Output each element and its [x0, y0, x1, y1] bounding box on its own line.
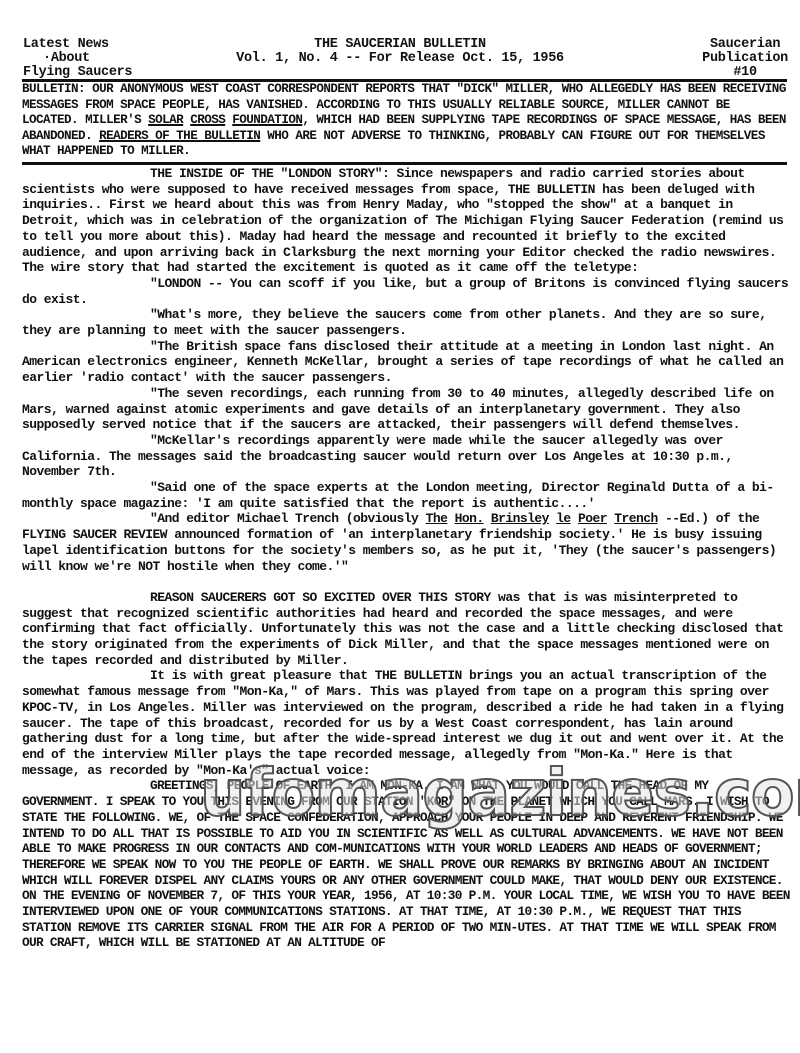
tagline-line-2: ·About — [23, 52, 132, 66]
underlined-solar: SOLAR — [148, 113, 183, 127]
tagline-line-3: Flying Saucers — [23, 66, 132, 80]
header-left-tagline: Latest News ·About Flying Saucers — [23, 38, 132, 80]
underlined-word: le — [556, 511, 571, 526]
publisher-line-1: Saucerian — [702, 38, 788, 52]
publication-number: #10 — [702, 66, 788, 80]
underlined-word: Hon. — [455, 511, 484, 526]
underlined-word: Poer — [578, 511, 607, 526]
bulletin-box: BULLETIN: OUR ANONYMOUS WEST COAST CORRE… — [22, 82, 792, 160]
mon-ka-message: GREETINGS, PEOPLE OF EARTH. I AM MON-KA.… — [22, 778, 790, 950]
newsletter-page: Latest News ·About Flying Saucers THE SA… — [0, 0, 800, 1053]
header-right-publication: Saucerian Publication #10 — [702, 38, 788, 80]
publisher-line-2: Publication — [702, 52, 788, 66]
article-body: THE INSIDE OF THE "LONDON STORY": Since … — [22, 166, 792, 951]
underlined-cross: CROSS — [190, 113, 225, 127]
quote-paragraph: "And editor Michael Trench (obviously — [150, 511, 426, 526]
publication-title: THE SAUCERIAN BULLETIN — [200, 38, 600, 52]
bottom-divider — [22, 162, 787, 165]
underlined-word: The — [426, 511, 448, 526]
underlined-word: Brinsley — [491, 511, 549, 526]
paragraph-london-story: THE INSIDE OF THE "LONDON STORY": Since … — [22, 166, 783, 275]
tagline-line-1: Latest News — [23, 38, 132, 52]
paragraph-transcription-intro: It is with great pleasure that THE BULLE… — [22, 668, 783, 777]
bulletin-label: BULLETIN: — [22, 82, 85, 96]
issue-info: Vol. 1, No. 4 -- For Release Oct. 15, 19… — [200, 52, 600, 66]
underlined-foundation: FOUNDATION — [232, 113, 302, 127]
underlined-word: Trench — [614, 511, 658, 526]
masthead: THE SAUCERIAN BULLETIN Vol. 1, No. 4 -- … — [200, 38, 600, 66]
underlined-readers: READERS OF THE BULLETIN — [99, 129, 260, 143]
